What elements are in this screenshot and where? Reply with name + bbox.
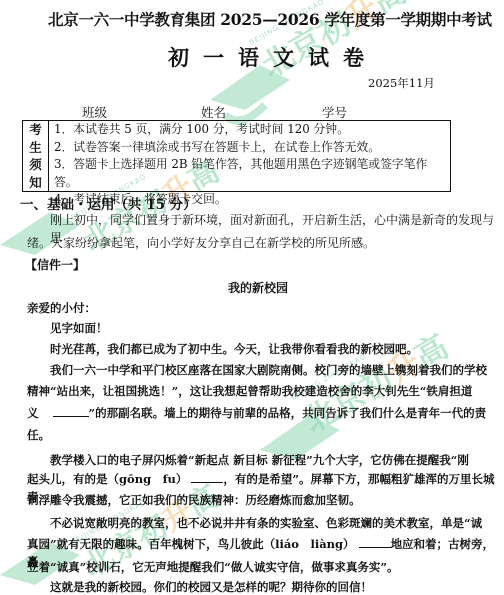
fill-blank[interactable] bbox=[191, 482, 223, 483]
text-fragment: 义 bbox=[27, 406, 39, 420]
fill-blank[interactable] bbox=[53, 416, 89, 417]
name-label: 姓名 bbox=[201, 105, 226, 120]
letter-paragraph: 这就是我的新校园。你们的校园又是怎样的呢？期待你的回信！ bbox=[50, 578, 372, 595]
intro-line-2: 绪。大家纷纷拿起笔，向小学好友分享自己在新学校的所见所感。 bbox=[27, 234, 375, 252]
letter-label: 【信件一】 bbox=[25, 256, 85, 274]
letter-paragraph: 精神“站出来，让祖国挑选！”，这让我想起曾帮助我校建造校舍的李大钊先生“铁肩担道 bbox=[27, 382, 472, 400]
class-label: 班级 bbox=[82, 105, 107, 120]
letter-paragraph: 任。 bbox=[27, 426, 50, 444]
letter-title: 我的新校园 bbox=[228, 279, 288, 297]
text-fragment: 真园”就有无限的趣味。百年槐树下，鸟儿彼此（liáo liàng） bbox=[27, 537, 355, 551]
fill-blank[interactable] bbox=[359, 547, 391, 548]
notice-rule: 3．答题卡上选择题用 2B 铅笔作答，其他题用黑色字迹钢笔或签字笔作答。 bbox=[54, 156, 450, 191]
text-fragment: ”的那副名联。墙上的期待与前辈的品格，共同告诉了我们什么是青年一代的责 bbox=[89, 406, 487, 420]
exam-notice-box: 考 生 须 知 1．本试卷共 5 页，满分 100 分，考试时间 120 分钟。… bbox=[22, 120, 451, 192]
notice-rule: 1．本试卷共 5 页，满分 100 分，考试时间 120 分钟。 bbox=[54, 121, 450, 139]
student-info-fields: 班级 姓名 学号 bbox=[82, 103, 441, 121]
letter-paragraph: 铜浮雕令我震撼，它正如我们的民族精神：历经磨炼而愈加坚韧。 bbox=[27, 491, 361, 509]
letter-paragraph: 时光荏苒，我们都已成为了初中生。今天，让我带你看看我的新校园吧。 bbox=[50, 340, 418, 358]
exam-title: 北京一六一中学教育集团 2025—2026 学年度第一学期期中考试 bbox=[48, 8, 492, 30]
exam-date: 2025年11月 bbox=[368, 75, 435, 91]
letter-paragraph: 不必说宽敞明亮的教室，也不必说井井有条的实验室、色彩斑斓的美术教室，单是“诚 bbox=[50, 514, 482, 532]
letter-paragraph: 我们一六一中学和平门校区座落在国家大剧院南侧。校门旁的墙壁上镌刻着我们的学校 bbox=[50, 361, 487, 379]
letter-salutation: 亲爱的小付： bbox=[27, 299, 96, 317]
notice-side-label: 考 生 须 知 bbox=[23, 121, 49, 191]
letter-paragraph: 义 ”的那副名联。墙上的期待与前辈的品格，共同告诉了我们什么是青年一代的责 bbox=[27, 404, 486, 422]
notice-side-char: 生 bbox=[23, 139, 48, 157]
notice-rule: 2．试卷答案一律填涂或书写在答题卡上，在试卷上作答无效。 bbox=[54, 139, 450, 157]
notice-side-char: 知 bbox=[23, 174, 48, 192]
letter-greeting: 见字如面！ bbox=[50, 319, 108, 337]
paper-title: 初一语文试卷 bbox=[168, 42, 378, 72]
letter-paragraph: 教学楼入口的电子屏闪烁着“新起点 新目标 新征程”九个大字，它仿佛在提醒我“刚 bbox=[50, 451, 469, 469]
text-fragment: 起头儿，有的是（gōng fu） bbox=[27, 472, 187, 486]
notice-side-char: 考 bbox=[23, 121, 48, 139]
letter-paragraph: 立着“诚真”校训石，它无声地提醒我们“做人诚实守信，做事求真务实”。 bbox=[27, 558, 398, 576]
id-label: 学号 bbox=[322, 105, 347, 120]
notice-side-char: 须 bbox=[23, 156, 48, 174]
section-heading: 一、基础・运用（共 15 分） bbox=[20, 193, 197, 213]
